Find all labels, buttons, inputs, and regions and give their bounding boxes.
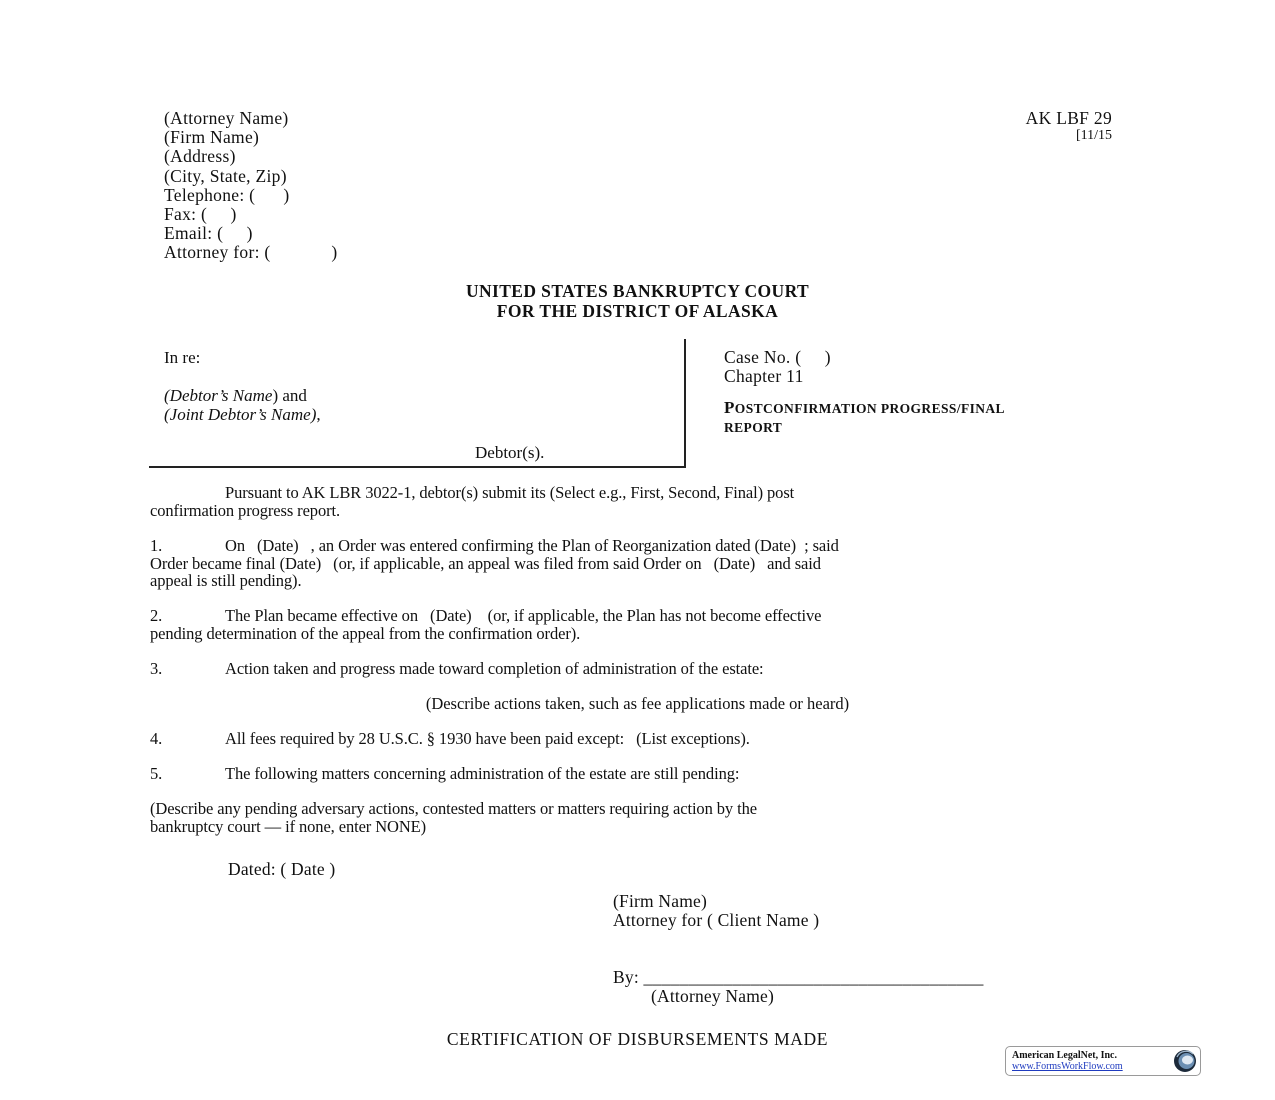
case-number: Case No. ( )	[724, 348, 1005, 367]
item-line: The Plan became effective on (Date) (or,…	[225, 606, 821, 625]
form-identifier: AK LBF 29 [11/15	[1026, 109, 1112, 143]
signature-firm-name: (Firm Name)	[613, 892, 707, 911]
debtor-names: (Debtor’s Name) and (Joint Debtor’s Name…	[164, 386, 321, 424]
intro-line1: Pursuant to AK LBR 3022-1, debtor(s) sub…	[150, 484, 1110, 502]
item-line: appeal is still pending).	[150, 572, 1110, 590]
telephone: Telephone: ( )	[164, 186, 337, 205]
item-line: Action taken and progress made toward co…	[225, 659, 764, 678]
signature-line[interactable]: By: ____________________________________…	[613, 968, 984, 987]
intro-paragraph: Pursuant to AK LBR 3022-1, debtor(s) sub…	[150, 484, 1110, 519]
report-title: POSTCONFIRMATION PROGRESS/FINAL REPORT	[724, 398, 1005, 437]
badge-url-link[interactable]: www.FormsWorkFlow.com	[1012, 1061, 1123, 1072]
signature-attorney-for: Attorney for ( Client Name )	[613, 911, 819, 930]
item-number: 3.	[150, 660, 225, 678]
intro-line2: confirmation progress report.	[150, 502, 1110, 520]
in-re-label: In re:	[164, 348, 200, 368]
item-number: 4.	[150, 730, 225, 748]
court-title-line2: FOR THE DISTRICT OF ALASKA	[0, 302, 1275, 322]
attorney-name: (Attorney Name)	[164, 109, 337, 128]
chapter: Chapter 11	[724, 367, 1005, 386]
item-line: pending determination of the appeal from…	[150, 625, 1110, 643]
item-number: 5.	[150, 765, 225, 783]
item-2: 2.The Plan became effective on (Date) (o…	[150, 607, 1110, 642]
item-3-instruction: (Describe actions taken, such as fee app…	[150, 694, 1125, 714]
joint-debtor-tail: ,	[316, 405, 320, 424]
court-title-line1: UNITED STATES BANKRUPTCY COURT	[0, 282, 1275, 302]
legalnet-badge[interactable]: American LegalNet, Inc. www.FormsWorkFlo…	[1005, 1046, 1201, 1076]
form-revision: [11/15	[1026, 128, 1112, 143]
item-number: 2.	[150, 607, 225, 625]
debtor-name-tail: ) and	[272, 386, 306, 405]
debtor-name: (Debtor’s Name	[164, 386, 272, 405]
item-line: All fees required by 28 U.S.C. § 1930 ha…	[225, 729, 750, 748]
report-title-rest: OSTCONFIRMATION PROGRESS/FINAL	[735, 401, 1005, 416]
item-5-instruction-line2: bankruptcy court — if none, enter NONE)	[150, 818, 1110, 836]
dated-line: Dated: ( Date )	[228, 860, 335, 879]
firm-name: (Firm Name)	[164, 128, 337, 147]
item-5-instruction-line1: (Describe any pending adversary actions,…	[150, 800, 1110, 818]
attorney-for: Attorney for: ( )	[164, 243, 337, 262]
case-caption-parties: In re: (Debtor’s Name) and (Joint Debtor…	[149, 339, 686, 468]
case-caption-details: Case No. ( ) Chapter 11 POSTCONFIRMATION…	[724, 348, 1005, 437]
city-state-zip: (City, State, Zip)	[164, 167, 337, 186]
fax: Fax: ( )	[164, 205, 337, 224]
item-3: 3.Action taken and progress made toward …	[150, 660, 1110, 678]
joint-debtor-name: (Joint Debtor’s Name)	[164, 405, 316, 424]
form-code: AK LBF 29	[1026, 109, 1112, 128]
signature-attorney-name: (Attorney Name)	[651, 987, 774, 1006]
attorney-info-block: (Attorney Name) (Firm Name) (Address) (C…	[164, 109, 337, 263]
item-4: 4.All fees required by 28 U.S.C. § 1930 …	[150, 730, 1110, 748]
item-5-instruction: (Describe any pending adversary actions,…	[150, 800, 1110, 835]
item-number: 1.	[150, 537, 225, 555]
item-line: Order became final (Date) (or, if applic…	[150, 555, 1110, 573]
email: Email: ( )	[164, 224, 337, 243]
item-line: On (Date) , an Order was entered confirm…	[225, 536, 839, 555]
item-line: The following matters concerning adminis…	[225, 764, 739, 783]
debtors-label: Debtor(s).	[475, 443, 544, 463]
court-title: UNITED STATES BANKRUPTCY COURT FOR THE D…	[0, 282, 1275, 321]
item-1: 1.On (Date) , an Order was entered confi…	[150, 537, 1110, 590]
badge-company: American LegalNet, Inc.	[1012, 1050, 1117, 1061]
item-5: 5.The following matters concerning admin…	[150, 765, 1110, 783]
globe-logo-icon	[1173, 1049, 1197, 1073]
report-title-initial: P	[724, 398, 735, 417]
address: (Address)	[164, 147, 337, 166]
report-title-line2: REPORT	[724, 418, 1005, 437]
